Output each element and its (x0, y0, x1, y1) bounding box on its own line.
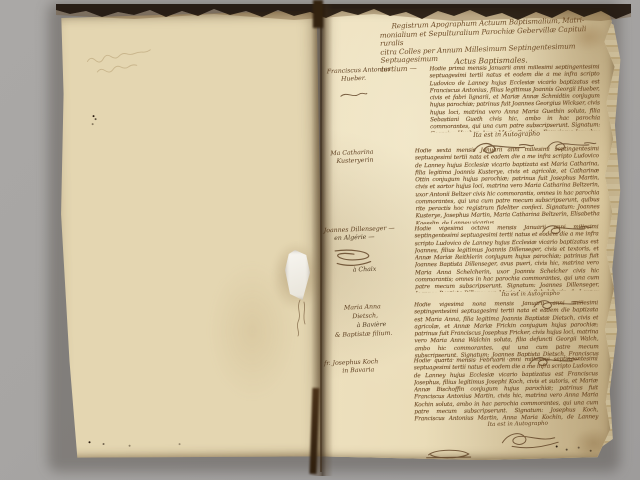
entry-margin-note: Ma Catharina Kusteryerin (330, 147, 425, 167)
entry-body: Hodie vigesima octava mensis Januarii an… (414, 224, 599, 292)
left-page (53, 10, 324, 459)
edge-specks (556, 446, 558, 448)
entry-margin-note: fr. Josephus Koch in Bavaria (324, 357, 421, 377)
margin-line: & Baptistæ filium. (335, 328, 423, 340)
entry-body: Hodie vigesima nona mensis Januarii anni… (414, 300, 599, 360)
ink-bleedthrough-marks (80, 37, 176, 84)
tear-fiber-marks (288, 298, 314, 338)
entry-body: Hodie sexta mensis Januarii anni millesi… (415, 146, 600, 224)
edge-specks (89, 441, 91, 443)
entry-margin-note: Franciscus Antonius Hueber. (327, 65, 428, 85)
ink-specks (93, 115, 95, 117)
entry-margin-note: Joannes Dillenseger — en Algérie — (324, 223, 429, 243)
right-page: Registrum Apographum Actuum Baptismalium… (320, 6, 617, 461)
manuscript-scan: Registrum Apographum Actuum Baptismalium… (0, 0, 640, 480)
entry-margin-note: Maria Anna Dietsch, à Bavière & Baptistæ… (326, 301, 423, 341)
entry-body: Hodie quarta mensis Februarii anni mille… (414, 356, 599, 422)
worn-top-edge (56, 4, 632, 28)
signature-flourish (500, 429, 562, 449)
signature-flourish (424, 447, 474, 461)
gutter-stain-top (313, 0, 323, 28)
binding-thread (320, 6, 322, 472)
margin-line: in Bavaria (342, 365, 420, 376)
margin-line: à Chaix (353, 264, 413, 274)
margin-flourish (338, 90, 370, 100)
entry-body: Hodie prima mensis Januarii anni millesi… (429, 64, 600, 132)
